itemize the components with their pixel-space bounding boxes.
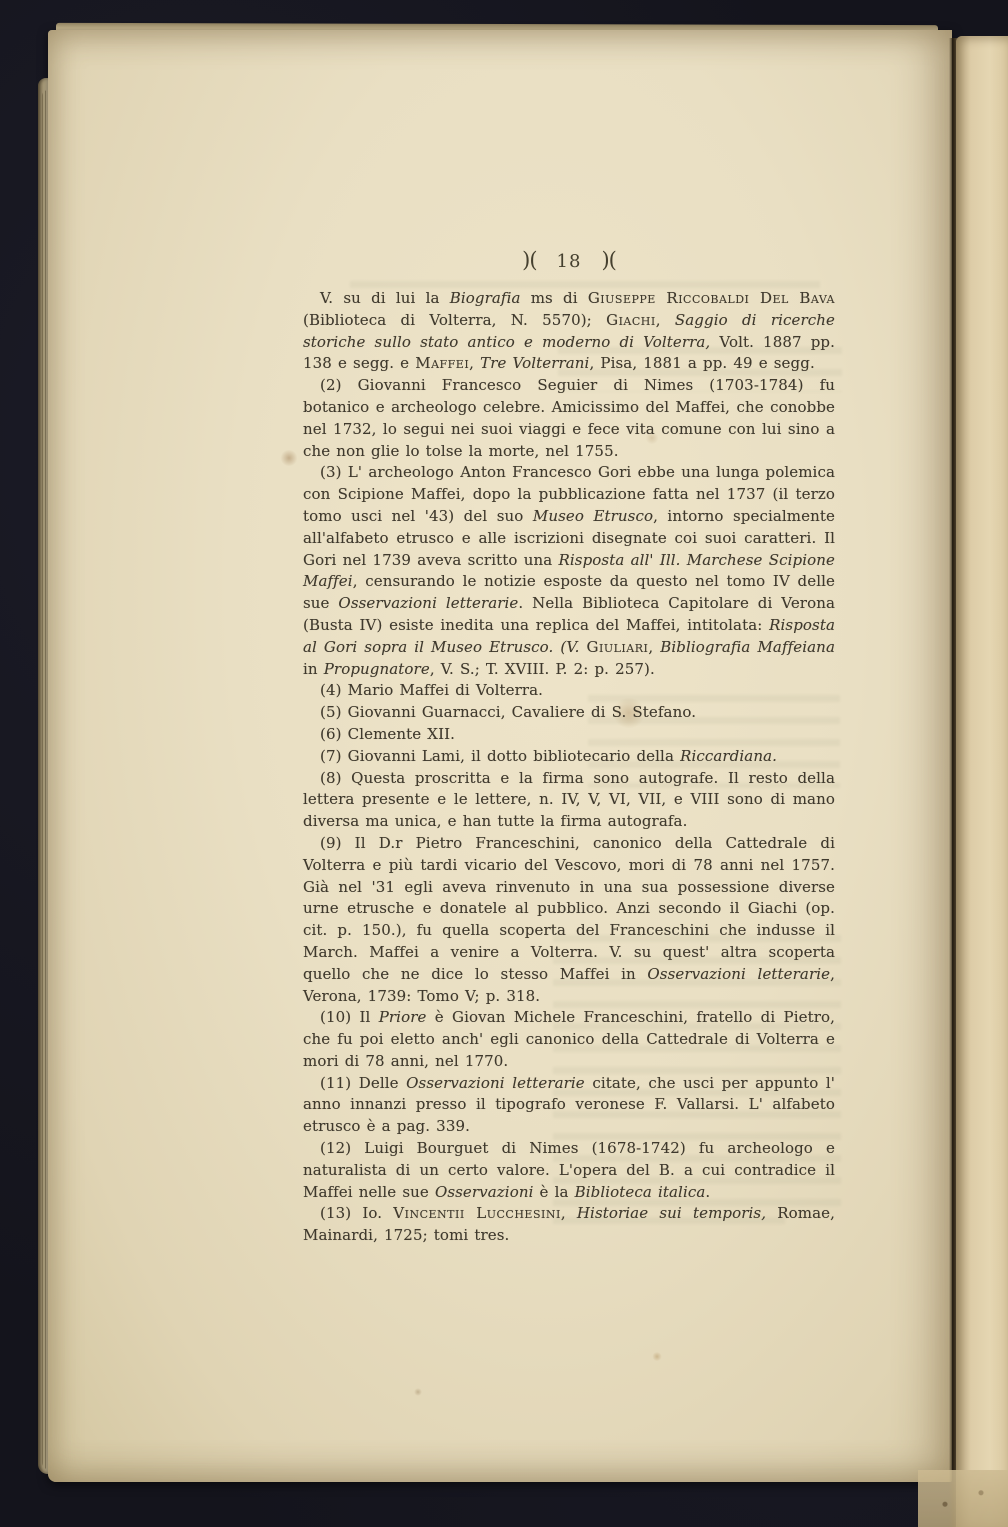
- body-text: [580, 638, 587, 656]
- body-text: (9) Il D.r Pietro Franceschini, canonico…: [303, 834, 835, 983]
- smallcaps-name: Giuliari: [587, 638, 649, 656]
- italic-text: Tre Volterrani: [480, 354, 589, 372]
- body-text: ,: [656, 311, 675, 329]
- italic-text: Biografia: [450, 289, 521, 307]
- smallcaps-name: Vincentii Lucchesini: [393, 1204, 561, 1222]
- body-text: ,: [469, 354, 480, 372]
- note-paragraph-5: (5) Giovanni Guarnacci, Cavaliere di S. …: [303, 702, 835, 724]
- note-paragraph-11: (11) Delle Osservazioni letterarie citat…: [303, 1073, 835, 1138]
- body-text: ,: [648, 638, 660, 656]
- italic-text: Biblioteca italica: [575, 1183, 706, 1201]
- header-ornament-left: )(: [522, 248, 536, 272]
- page-text-block: )( 18 )( V. su di lui la Biografia ms di…: [303, 248, 835, 1247]
- body-text: (11) Delle: [320, 1074, 406, 1092]
- smallcaps-name: Giachi: [606, 311, 656, 329]
- body-text: (5) Giovanni Guarnacci, Cavaliere di S. …: [320, 703, 696, 721]
- body-text: (4) Mario Maffei di Volterra.: [320, 681, 543, 699]
- note-paragraph-10: (10) Il Priore è Giovan Michele Francesc…: [303, 1007, 835, 1072]
- italic-text: Osservazioni: [435, 1183, 534, 1201]
- note-paragraph-12: (12) Luigi Bourguet di Nimes (1678-1742)…: [303, 1138, 835, 1203]
- body-text: .: [705, 1183, 710, 1201]
- italic-text: Osservazioni letterarie: [647, 965, 830, 983]
- note-paragraph-6: (6) Clemente XII.: [303, 724, 835, 746]
- body-text: , Pisa, 1881 a pp. 49 e segg.: [589, 354, 814, 372]
- page-number: 18: [557, 251, 582, 272]
- body-text: (6) Clemente XII.: [320, 725, 455, 743]
- italic-text: Historiae sui temporis,: [577, 1204, 766, 1222]
- foxing-stain: [280, 450, 298, 466]
- italic-text: (V.: [560, 638, 579, 656]
- smallcaps-name: Maffei: [415, 354, 469, 372]
- italic-text: Propugnatore: [324, 660, 430, 678]
- page-header: )( 18 )(: [303, 248, 835, 272]
- body-text: (Biblioteca di Volterra, N. 5570);: [303, 311, 606, 329]
- body-text: , V. S.; T. XVIII. P. 2: p. 257).: [430, 660, 655, 678]
- note-paragraph-3: (3) L' archeologo Anton Francesco Gori e…: [303, 462, 835, 680]
- body-text: ,: [561, 1204, 577, 1222]
- italic-text: Bibliografia Maffeiana: [660, 638, 835, 656]
- foxing-stain: [652, 1352, 662, 1361]
- foxing-stain: [414, 1388, 422, 1396]
- body-text: (10) Il: [320, 1008, 379, 1026]
- smallcaps-name: Giuseppe Riccobaldi Del Bava: [588, 289, 835, 307]
- note-paragraph-2: (2) Giovanni Francesco Seguier di Nimes …: [303, 375, 835, 462]
- notes: V. su di lui la Biografia ms di Giuseppe…: [303, 288, 835, 1247]
- italic-text: Osservazioni letterarie: [338, 594, 518, 612]
- note-paragraph-4: (4) Mario Maffei di Volterra.: [303, 680, 835, 702]
- scanned-book-photo: )( 18 )( V. su di lui la Biografia ms di…: [0, 0, 1008, 1527]
- body-text: (7) Giovanni Lami, il dotto bibliotecari…: [320, 747, 680, 765]
- note-paragraph-13: (13) Io. Vincentii Lucchesini, Historiae…: [303, 1203, 835, 1247]
- note-paragraph-9: (9) Il D.r Pietro Franceschini, canonico…: [303, 833, 835, 1007]
- body-text: (8) Questa proscritta e la firma sono au…: [303, 769, 835, 831]
- italic-text: Osservazioni letterarie: [406, 1074, 585, 1092]
- italic-text: Museo Etrusco: [533, 507, 653, 525]
- note-paragraph-7: (7) Giovanni Lami, il dotto bibliotecari…: [303, 746, 835, 768]
- italic-text: Riccardiana.: [680, 747, 777, 765]
- adjacent-page-edge: [956, 36, 1008, 1527]
- body-text: V. su di lui la: [320, 289, 450, 307]
- body-text: in: [303, 660, 324, 678]
- note-paragraph-8: (8) Questa proscritta e la firma sono au…: [303, 768, 835, 833]
- header-ornament-right: )(: [601, 248, 615, 272]
- page-block-bottom-edge: [918, 1470, 1008, 1527]
- body-text: è la: [533, 1183, 574, 1201]
- italic-text: Priore: [379, 1008, 427, 1026]
- body-text: (13) Io.: [320, 1204, 393, 1222]
- body-text: ms di: [521, 289, 588, 307]
- note-paragraph-1: V. su di lui la Biografia ms di Giuseppe…: [303, 288, 835, 375]
- body-text: (2) Giovanni Francesco Seguier di Nimes …: [303, 376, 835, 459]
